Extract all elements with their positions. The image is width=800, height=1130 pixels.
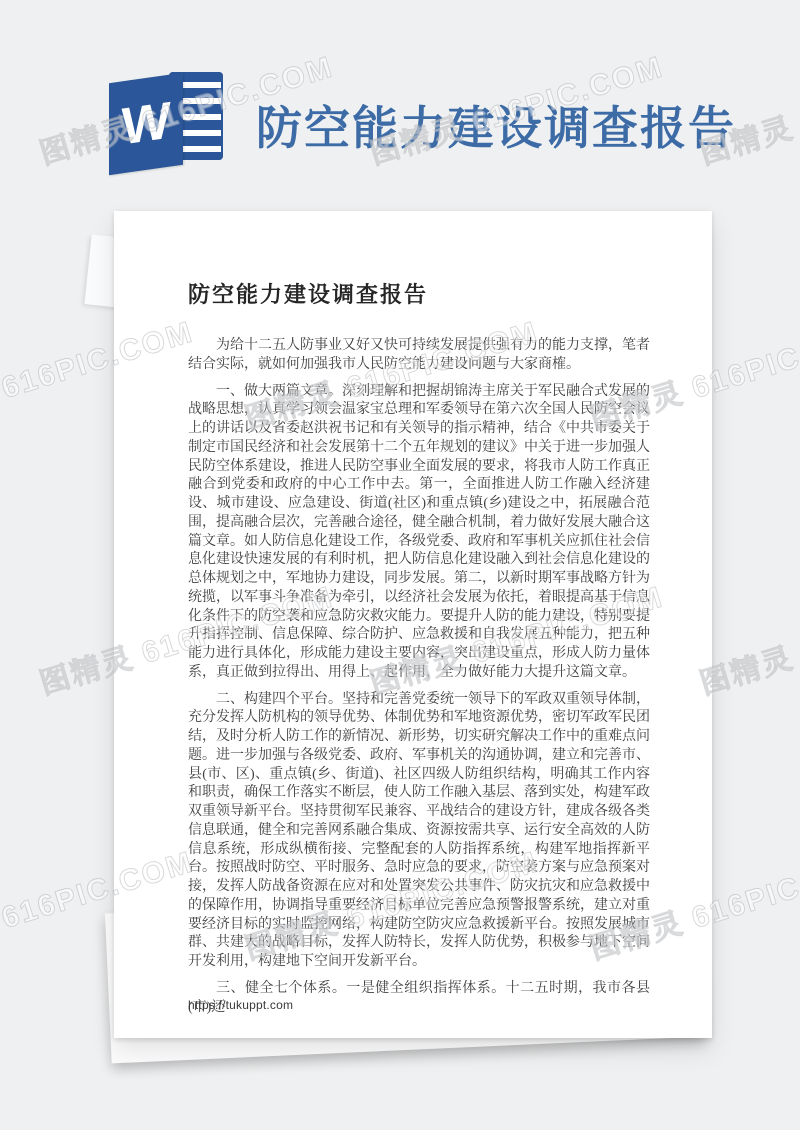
document-footer-url: https://tukuppt.com — [188, 998, 293, 1012]
document-paragraph: 一、做大两篇文章。深刻理解和把握胡锦涛主席关于军民融合式发展的战略思想，认真学习… — [188, 383, 650, 683]
page-canvas: W 防空能力建设调查报告 防空能力建设调查报告 为给十二五人防事业又好又快可持续… — [0, 0, 800, 1130]
document-body: 为给十二五人防事业又好又快可持续发展提供强有力的能力支撑，笔者结合实际，就如何加… — [188, 337, 650, 1017]
document-paragraph: 为给十二五人防事业又好又快可持续发展提供强有力的能力支撑，笔者结合实际，就如何加… — [188, 337, 650, 375]
page-title: 防空能力建设调查报告 — [256, 92, 736, 158]
document-paragraph: 二、构建四个平台。坚持和完善党委统一领导下的军政双重领导体制，充分发挥人防机构的… — [188, 691, 650, 972]
document-page: 防空能力建设调查报告 为给十二五人防事业又好又快可持续发展提供强有力的能力支撑，… — [114, 211, 712, 1038]
header: W 防空能力建设调查报告 — [0, 0, 800, 200]
word-icon: W — [103, 66, 227, 176]
document-title: 防空能力建设调查报告 — [188, 283, 650, 307]
word-icon-flap: W — [109, 73, 183, 175]
word-icon-letter: W — [121, 95, 170, 154]
